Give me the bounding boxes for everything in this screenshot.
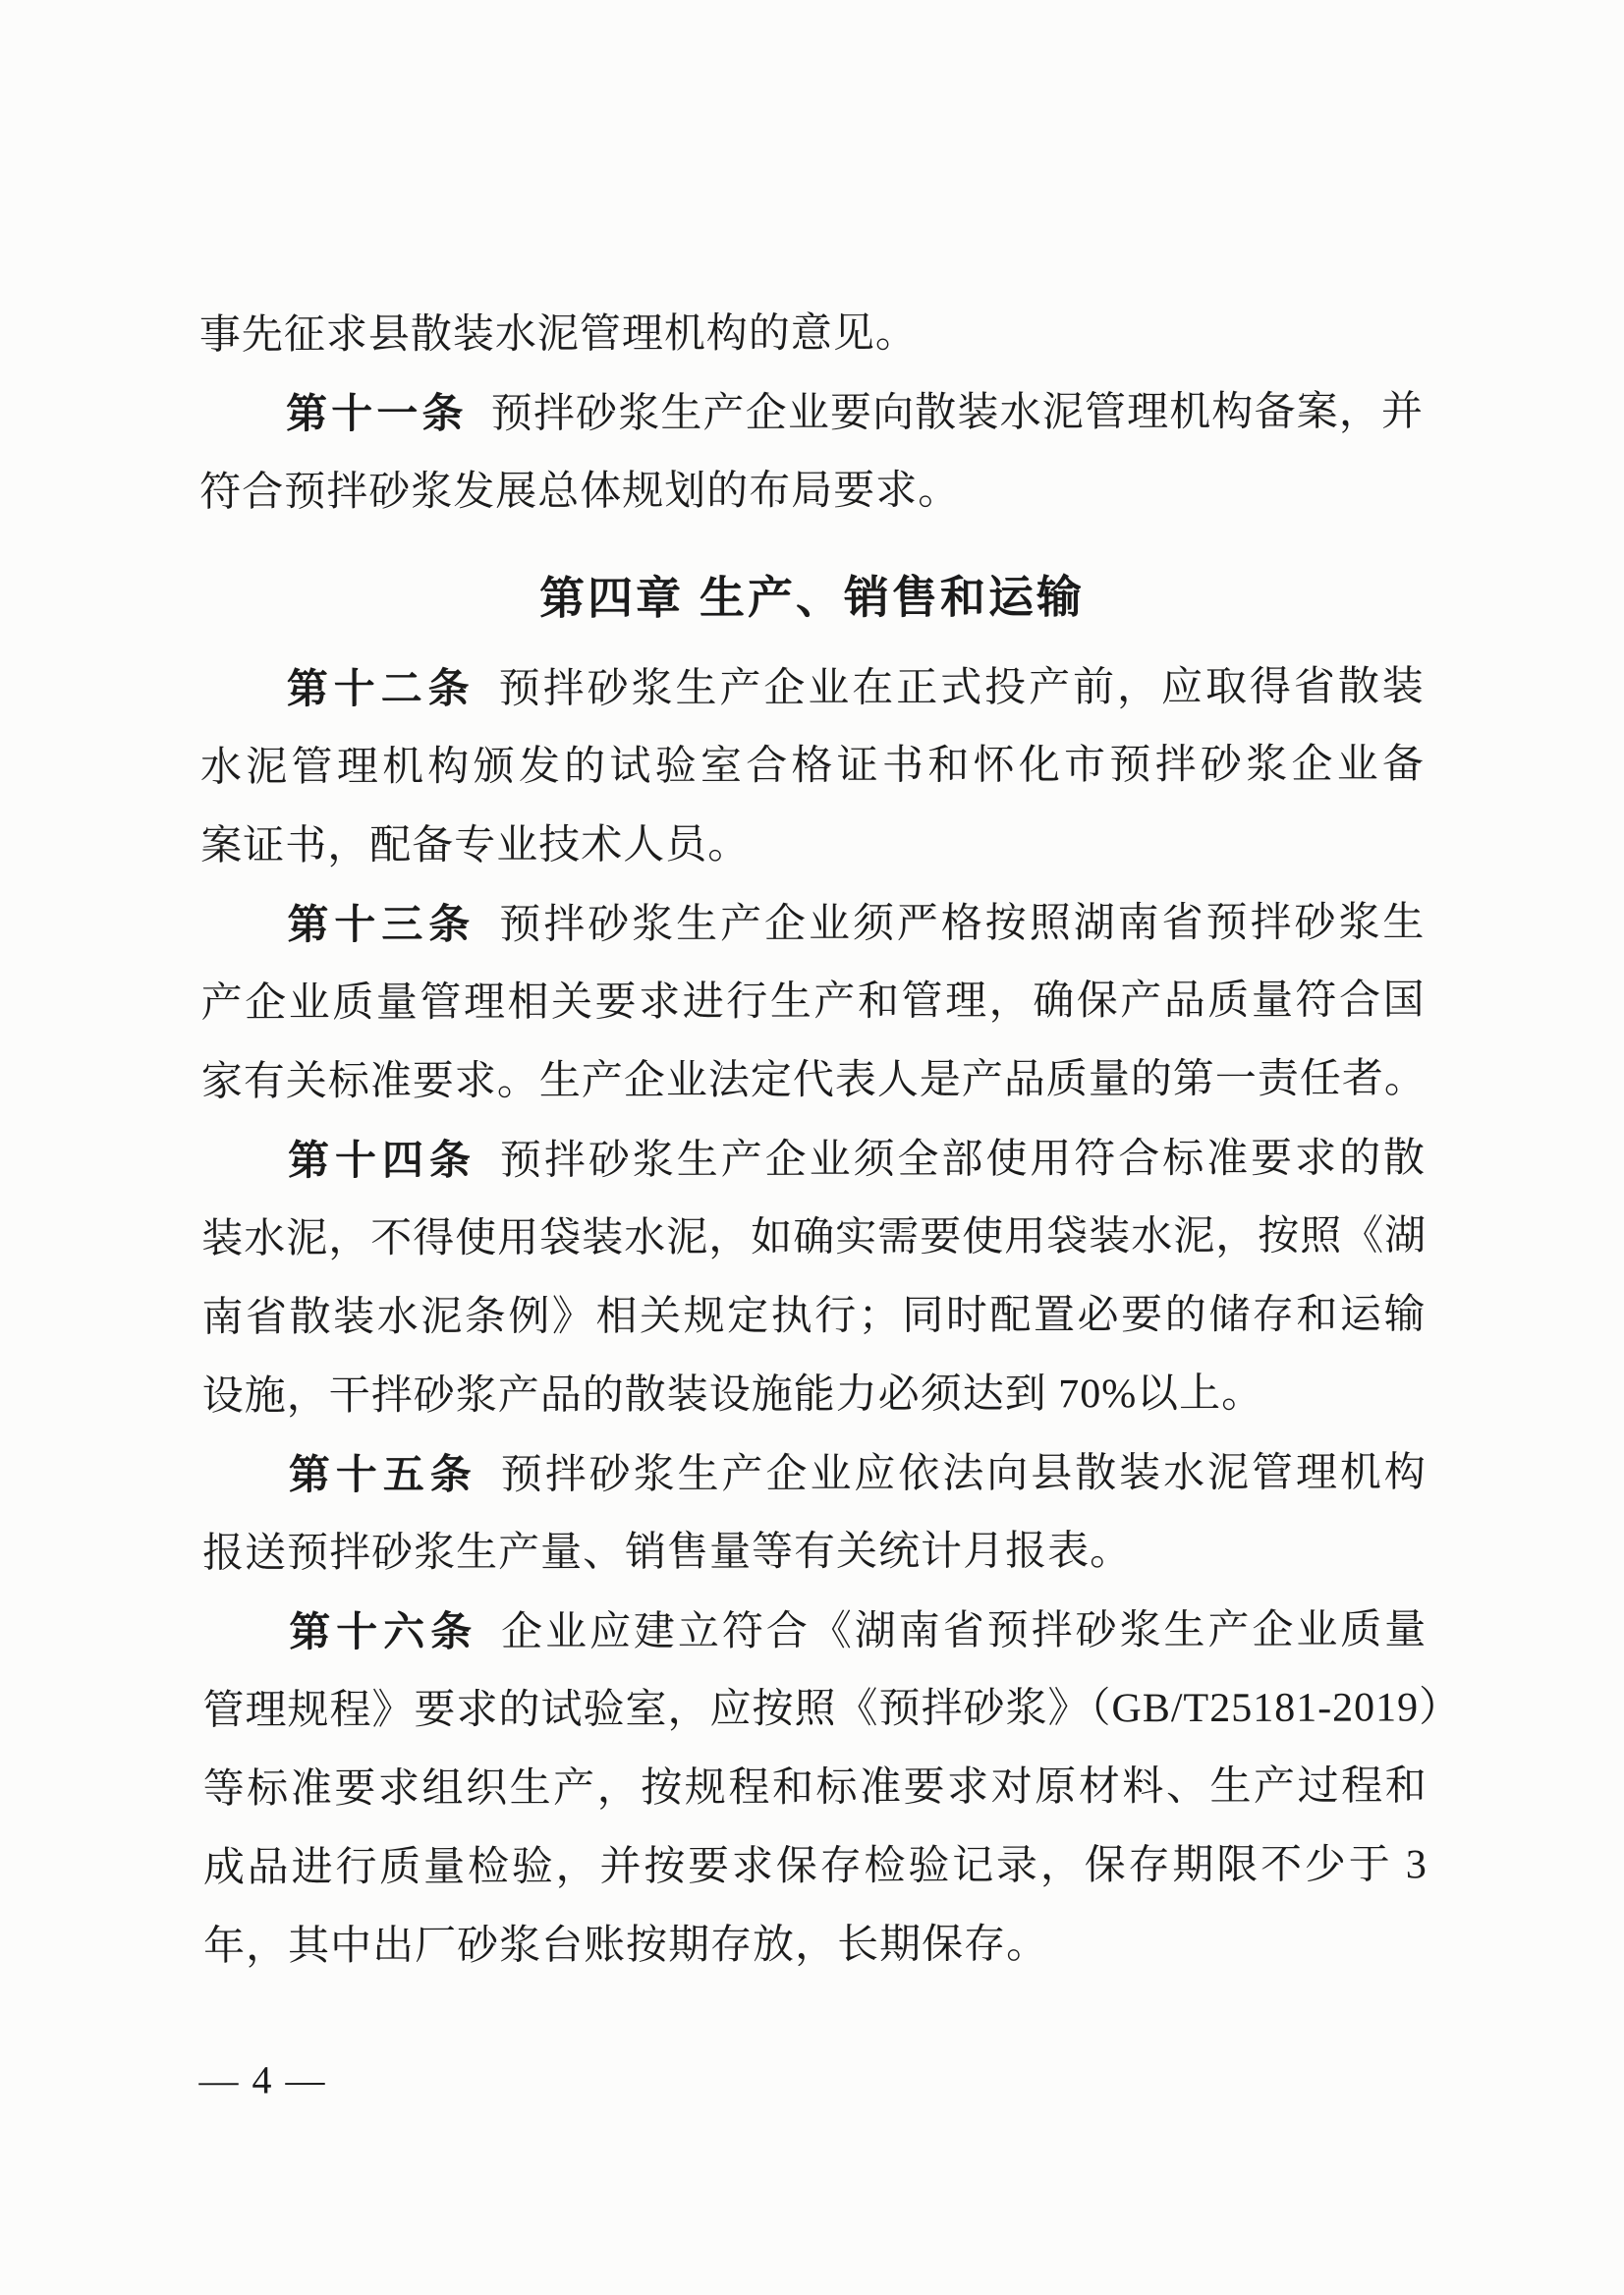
article-number-label: 第十六条 (289, 1608, 477, 1655)
text-line: 第十六条企业应建立符合《湖南省预拌砂浆生产企业质量 (202, 1590, 1427, 1671)
line-text: 报送预拌砂浆生产量、销售量等有关统计月报表。 (202, 1529, 1132, 1576)
line-text: 家有关标准要求。生产企业法定代表人是产品质量的第一责任者。 (201, 1056, 1427, 1104)
document-body: 事先征求县散装水泥管理机构的意见。第十一条预拌砂浆生产企业要向散装水泥管理机构备… (199, 293, 1428, 1986)
text-line: 年，其中出厂砂浆台账按期存放，长期保存。 (203, 1904, 1428, 1986)
line-text: 装水泥，不得使用袋装水泥，如确实需要使用袋装水泥，按照《湖 (201, 1213, 1427, 1261)
text-line: 产企业质量管理相关要求进行生产和管理，确保产品质量符合国 (201, 961, 1426, 1042)
line-text: 成品进行质量检验，并按要求保存检验记录，保存期限不少于 3 (203, 1842, 1428, 1890)
text-line: 南省散装水泥条例》相关规定执行；同时配置必要的储存和运输 (201, 1275, 1426, 1357)
text-line: 第十三条预拌砂浆生产企业须严格按照湖南省预拌砂浆生 (200, 882, 1425, 964)
text-line: 水泥管理机构颁发的试验室合格证书和怀化市预拌砂浆企业备 (200, 725, 1425, 807)
page-number: — 4 — (198, 2050, 326, 2109)
line-text: 水泥管理机构颁发的试验室合格证书和怀化市预拌砂浆企业备 (200, 742, 1425, 790)
line-text: 年，其中出厂砂浆台账按期存放，长期保存。 (203, 1922, 1048, 1969)
line-text: 等标准要求组织生产，按规程和标准要求对原材料、生产过程和 (203, 1763, 1428, 1812)
line-text: 企业应建立符合《湖南省预拌砂浆生产企业质量 (501, 1607, 1427, 1654)
line-text: 案证书，配备专业技术人员。 (200, 822, 750, 868)
text-line: 第十二条预拌砂浆生产企业在正式投产前，应取得省散装 (200, 646, 1425, 728)
document-page: 事先征求县散装水泥管理机构的意见。第十一条预拌砂浆生产企业要向散装水泥管理机构备… (0, 0, 1624, 2295)
line-text: 预拌砂浆生产企业须全部使用符合标准要求的散 (500, 1136, 1426, 1183)
text-line: 事先征求县散装水泥管理机构的意见。 (199, 293, 1424, 374)
line-text: 产企业质量管理相关要求进行生产和管理，确保产品质量符合国 (201, 978, 1426, 1026)
text-line: 第十五条预拌砂浆生产企业应依法向县散装水泥管理机构 (202, 1432, 1427, 1514)
article-number-label: 第十五条 (289, 1451, 477, 1498)
scanned-sheet: 事先征求县散装水泥管理机构的意见。第十一条预拌砂浆生产企业要向散装水泥管理机构备… (0, 0, 1624, 2295)
text-line: 第十一条预拌砂浆生产企业要向散装水泥管理机构备案，并 (199, 371, 1424, 453)
article-number-label: 第十二条 (287, 665, 476, 712)
line-text: 管理规程》要求的试验室，应按照《预拌砂浆》（GB/T25181-2019） (202, 1685, 1461, 1733)
text-line: 案证书，配备专业技术人员。 (200, 804, 1425, 885)
line-text: 事先征求县散装水泥管理机构的意见。 (199, 311, 918, 359)
text-line: 第十四条预拌砂浆生产企业须全部使用符合标准要求的散 (201, 1118, 1426, 1200)
text-line: 成品进行质量检验，并按要求保存检验记录，保存期限不少于 3 (203, 1825, 1428, 1907)
line-text: 预拌砂浆生产企业应依法向县散装水泥管理机构 (501, 1450, 1427, 1497)
text-line: 符合预拌砂浆发展总体规划的布局要求。 (199, 450, 1424, 532)
text-line: 管理规程》要求的试验室，应按照《预拌砂浆》（GB/T25181-2019） (202, 1668, 1427, 1750)
line-text: 预拌砂浆生产企业在正式投产前，应取得省散装 (499, 664, 1425, 711)
chapter-heading-text: 第四章 生产、销售和运输 (539, 571, 1085, 623)
line-text: 符合预拌砂浆发展总体规划的布局要求。 (199, 469, 960, 516)
text-line: 设施，干拌砂浆产品的散装设施能力必须达到 70%以上。 (202, 1354, 1427, 1435)
line-text: 预拌砂浆生产企业须严格按照湖南省预拌砂浆生 (499, 900, 1425, 947)
article-number-label: 第十三条 (287, 901, 476, 948)
text-line: 等标准要求组织生产，按规程和标准要求对原材料、生产过程和 (203, 1747, 1428, 1828)
text-line: 报送预拌砂浆生产量、销售量等有关统计月报表。 (202, 1511, 1427, 1593)
line-text: 设施，干拌砂浆产品的散装设施能力必须达到 70%以上。 (202, 1371, 1264, 1420)
text-line: 家有关标准要求。生产企业法定代表人是产品质量的第一责任者。 (201, 1039, 1426, 1121)
line-text: 南省散装水泥条例》相关规定执行；同时配置必要的储存和运输 (201, 1292, 1426, 1340)
text-line: 装水泥，不得使用袋装水泥，如确实需要使用袋装水泥，按照《湖 (201, 1197, 1426, 1278)
chapter-heading: 第四章 生产、销售和运输 (199, 556, 1424, 638)
line-text: 预拌砂浆生产企业要向散装水泥管理机构备案，并 (491, 389, 1424, 436)
article-number-label: 第十四条 (288, 1137, 476, 1184)
article-number-label: 第十一条 (286, 390, 468, 436)
